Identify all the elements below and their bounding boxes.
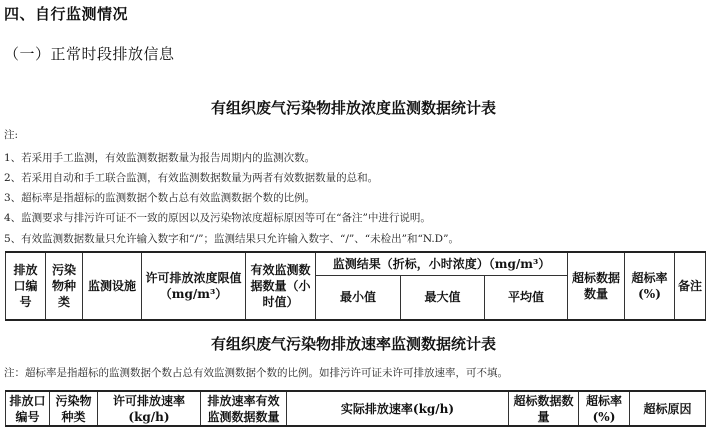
header-result-group: 监测结果（折标，小时浓度）（mg/m³）: [316, 252, 568, 275]
table2-title: 有组织废气污染物排放速率监测数据统计表: [0, 333, 707, 354]
header-exceed-rate: 超标率 (%): [579, 391, 630, 426]
rate-table: 排放口编号 污染物种类 许可排放速率(kg/h) 排放速率有效监测数据数量 实际…: [5, 390, 706, 427]
header-valid-count: 有效监测数据数量（小时值）: [246, 252, 316, 320]
header-exceed-reason: 超标原因: [630, 391, 706, 426]
table1-note-1: 1、若采用手工监测，有效监测数据数量为报告周期内的监测次数。: [4, 150, 315, 165]
table1-note-4: 4、监测要求与排污许可证不一致的原因以及污染物浓度超标原因等可在“备注”中进行说…: [4, 210, 431, 225]
concentration-table: 排放口编号 污染物种类 监测设施 许可排放浓度限值 （mg/m³） 有效监测数据…: [5, 251, 706, 321]
header-exceed-rate: 超标率 (%): [625, 252, 675, 320]
header-facility: 监测设施: [83, 252, 142, 320]
header-limit: 许可排放浓度限值 （mg/m³）: [142, 252, 246, 320]
header-pollutant: 污染物种类: [50, 391, 98, 426]
header-outlet-no: 排放口编号: [6, 391, 50, 426]
header-avg: 平均值: [485, 275, 568, 320]
header-limit-unit: （mg/m³）: [144, 286, 243, 302]
header-max: 最大值: [401, 275, 485, 320]
header-exceed-rate-label: 超标率: [581, 393, 627, 409]
header-permitted-rate: 许可排放速率(kg/h): [98, 391, 201, 426]
header-exceed-rate-unit: (%): [627, 286, 672, 302]
table1-note-3: 3、超标率是指超标的监测数据个数占总有效监测数据个数的比例。: [4, 190, 315, 205]
header-exceed-count: 超标数据数量: [568, 252, 625, 320]
header-pollutant: 污染物种类: [46, 252, 83, 320]
header-valid-count: 排放速率有效监测数据数量: [201, 391, 287, 426]
header-exceed-count: 超标数据数量: [509, 391, 579, 426]
table1-note-5: 5、有效监测数据数量只允许输入数字和“/”；监测结果只允许输入数字、“/”、“未…: [4, 231, 459, 246]
table1-note-2: 2、若采用自动和手工联合监测，有效监测数据数量为两者有效数据数量的总和。: [4, 170, 378, 185]
header-remark: 备注: [675, 252, 706, 320]
header-exceed-rate-unit: (%): [581, 409, 627, 425]
header-min: 最小值: [316, 275, 401, 320]
section-subheading: （一）正常时段排放信息: [4, 43, 175, 64]
header-limit-label: 许可排放浓度限值: [144, 270, 243, 286]
table1-title: 有组织废气污染物排放浓度监测数据统计表: [0, 97, 707, 118]
header-exceed-rate-label: 超标率: [627, 270, 672, 286]
table1-note-label: 注:: [4, 127, 18, 142]
header-outlet-no: 排放口编号: [6, 252, 46, 320]
section-heading: 四、自行监测情况: [4, 3, 128, 24]
header-actual-rate: 实际排放速率(kg/h): [287, 391, 509, 426]
table2-note: 注：超标率是指超标的监测数据个数占总有效监测数据个数的比例。如排污许可证未许可排…: [4, 365, 508, 380]
